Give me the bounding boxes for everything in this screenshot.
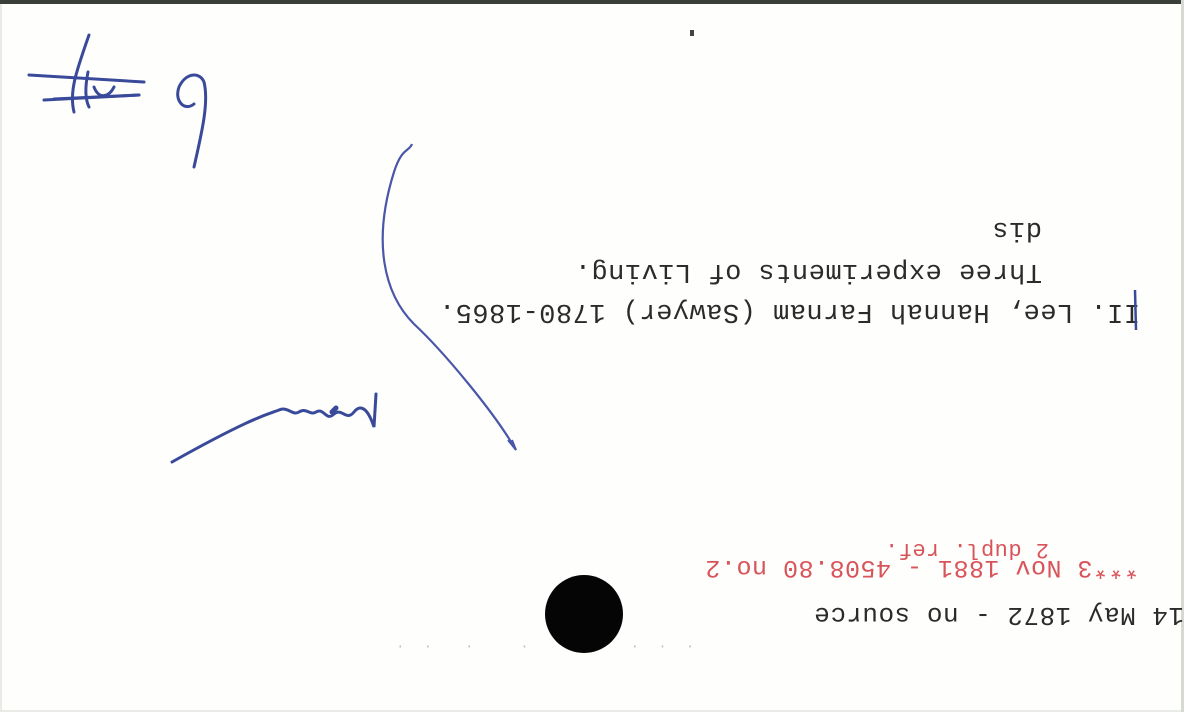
- catalog-card: 14 May 1872 - no source · · · · · · · · …: [0, 0, 1184, 712]
- date-line: 14 May 1872 - no source: [814, 602, 1184, 628]
- handwritten-number-6: [178, 75, 206, 167]
- handwritten-hash-mark: [29, 35, 144, 112]
- entry-title: Three experiments of Living.: [574, 257, 1042, 284]
- punch-hole: [545, 575, 623, 653]
- entry-heading: II. Lee, Hannah Farnam (Sawyer) 1780-186…: [438, 297, 1140, 324]
- red-stamp-line-2: 2 dupl. ref.: [885, 538, 1049, 560]
- faint-offset-text: · · · · · · · · ·: [390, 639, 694, 654]
- ink-speck: [690, 30, 694, 36]
- handwritten-name-marion: [172, 394, 376, 462]
- card-edge: [0, 0, 1184, 4]
- arrowhead-mark: [508, 440, 516, 450]
- entry-note: dis: [992, 215, 1042, 242]
